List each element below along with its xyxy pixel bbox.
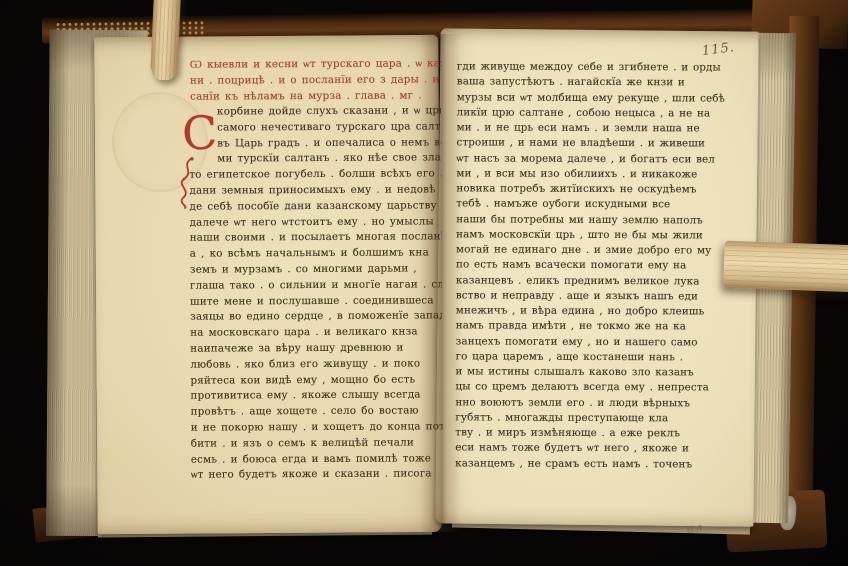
corner-inscription: ил: [685, 520, 704, 537]
left-page-text: корбине дойде слухъ сказани , и ѡ црицѣ …: [189, 103, 443, 483]
manuscript-text-line: ликїи црю салтане , собою нецыса , а не …: [457, 105, 753, 122]
manuscript-text-line: ѡт него будетъ якоже и сказани . писога: [191, 467, 443, 484]
manuscript-text-line: самого нечестиваго турскаго цра салтана: [189, 119, 441, 136]
manuscript-text-line: глаша тако . о сильнии и многїе нагаи . …: [190, 277, 442, 294]
manuscript-text-line: го цара царемъ , аще костанеши нань .: [456, 349, 752, 366]
manuscript-text-line: далече ѡт него ѡтстоитъ ему . но умыслы: [190, 214, 442, 231]
manuscript-text-line: казанцемъ , не срамъ есть намъ . точенъ: [455, 456, 751, 473]
manuscript-text-line: могай не единаго дне . и змие добро его …: [456, 242, 752, 259]
right-page-text: гди живуще междоу себе и згибнете . и ор…: [455, 59, 753, 472]
manuscript-text-line: провѣтъ . аще хощете . село бо востаю: [191, 403, 443, 420]
manuscript-text-line: нно воюютъ земли его . и люди вѣрныхъ: [455, 395, 751, 412]
manuscript-text-line: мнежичъ , и вѣра едина , но добро клеишь: [456, 303, 752, 320]
manuscript-text-line: и мы истины слышалъ каково зло казанъ: [456, 364, 752, 381]
manuscript-text-line: занцехъ помогати ему , но и нашего само: [456, 334, 752, 351]
manuscript-text-line: губятъ . многажды преступающе кла: [455, 410, 751, 427]
manuscript-text-line: де себѣ пособїе дани казанскому царьству…: [190, 198, 442, 215]
manuscript-text-line: а , ко всѣмъ начальнымъ и болшимъ кна: [190, 246, 442, 263]
manuscript-text-line: ряйтеса кои видѣ ему , мощно бо есть: [190, 372, 442, 389]
manuscript-text-line: заяцы во едино сердце , в поможенїе запа…: [190, 309, 442, 326]
manuscript-text-line: ваша запустѣютъ . нагайскїа же кнзи и: [457, 75, 753, 92]
manuscript-text-line: намъ московскїи црь , што не бы мы жили: [456, 227, 752, 244]
manuscript-text-line: любовь . яко близ его живущу . и поко: [190, 356, 442, 373]
manuscript-text-line: намъ правда имѣти , не токмо же на ка: [456, 319, 752, 336]
manuscript-text-line: противитиса ему . якоже слышу всегда: [190, 388, 442, 405]
manuscript-text-line: дани земныя приносимыхъ ему . и недовѣ: [189, 182, 441, 199]
manuscript-text-line: тву . и миръ измѣняюще . а еже реклъ: [455, 425, 751, 442]
wooden-page-holder-horizontal: [723, 241, 848, 293]
manuscript-text-line: бити . и язъ о семъ к велицѣй печали: [191, 435, 443, 452]
manuscript-text-line: по есть намъ всачески помогати ему на: [456, 258, 752, 275]
manuscript-text-line: то египетское погубель . болши всѣхъ его…: [189, 167, 441, 184]
manuscript-text-line: ми , и вси мы изо обилиихъ . и никакоже: [456, 166, 752, 183]
manuscript-text-line: ми . и не црь еси намъ . и земли наша не: [457, 120, 753, 137]
wooden-page-holder-vertical: [150, 0, 181, 81]
manuscript-text-line: цы со цремъ делаютъ всегда ему . непрест…: [455, 380, 751, 397]
manuscript-text-line: корбине дойде слухъ сказани , и ѡ црицѣ …: [189, 103, 441, 120]
manuscript-text-line: казанцевъ . еликъ преднимъ великое лука: [456, 273, 752, 290]
manuscript-text-line: ни . поцрицѣ . и о посланїи его з дары .…: [190, 72, 442, 89]
manuscript-text-line: земъ и мурзамъ . со многими дарьми ,: [190, 261, 442, 278]
manuscript-text-line: новика потребъ житїискихъ не оскудѣемъ: [456, 181, 752, 198]
manuscript-text-line: вство и неправду . аще и языкъ нашъ еди: [456, 288, 752, 305]
manuscript-text-line: есмь . и боюса егда и вамъ помилѣ тоже: [191, 451, 443, 468]
manuscript-text-line: ѡт насъ за морема далече , и богатъ еси …: [456, 151, 752, 168]
manuscript-text-line: ми турскїи салтанъ . яко нѣе свое зла: [189, 151, 441, 168]
manuscript-text-line: санїи къ нѣламъ на мурза . глава . мг .: [190, 88, 442, 105]
manuscript-photo: Ѡ кыевли и кесни ѡт турскаго цара . ѡ ка…: [0, 0, 848, 566]
manuscript-text-line: наши бы потребны ми нашу землю наполъ: [456, 212, 752, 229]
manuscript-text-line: Ѡ кыевли и кесни ѡт турскаго цара . ѡ ка…: [190, 56, 442, 73]
manuscript-text-line: на московскаго цара . и великаго кнза: [190, 324, 442, 341]
manuscript-text-line: наипачеже за вѣру нашу древнюю и: [190, 340, 442, 357]
manuscript-text-line: наши своими . и посылаетъ многая посланї: [190, 230, 442, 247]
manuscript-text-line: шите мене и послушавше . соединившеса: [190, 293, 442, 310]
manuscript-text-line: тебѣ . намъже оубоги искудными все: [456, 197, 752, 214]
manuscript-text-line: гди живуще междоу себе и згибнете . и ор…: [457, 59, 753, 76]
manuscript-text-line: еси намъ тоже будетъ ѡт него , якоже и: [455, 441, 751, 458]
manuscript-text-line: въ Царь градъ . и опечалиса о немъ вел: [189, 135, 441, 152]
manuscript-text-line: мурзы вси ѡт молбища ему рекуще , шли се…: [457, 90, 753, 107]
left-page-rubric-heading: Ѡ кыевли и кесни ѡт турскаго цара . ѡ ка…: [190, 56, 442, 105]
manuscript-text-line: и не покорю нашу . и хощетъ до конца пот…: [191, 419, 443, 436]
manuscript-text-line: строиши , и нами не владѣеши . и живеши: [457, 136, 753, 153]
